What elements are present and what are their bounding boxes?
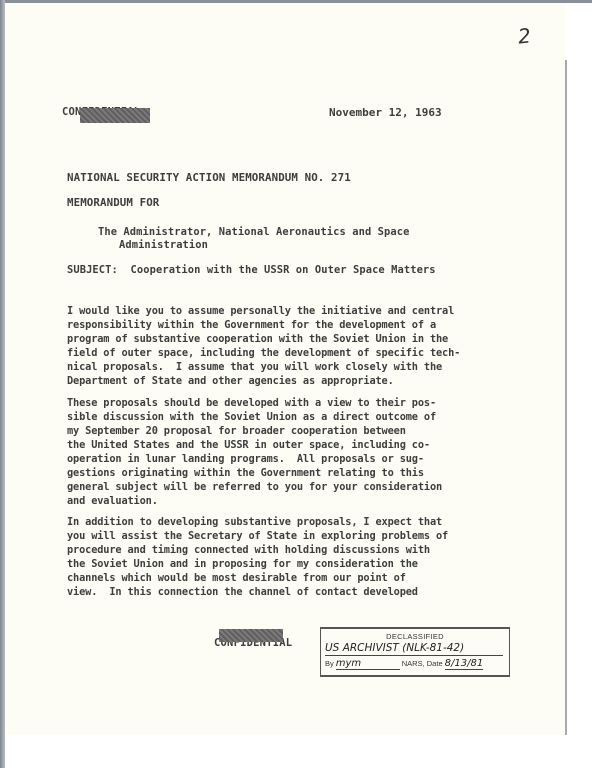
paragraph-line: nical proposals. I assume that you will … (67, 361, 442, 373)
paragraph-line: I would like you to assume personally th… (67, 305, 454, 317)
paragraph-line: general subject will be referred to you … (67, 481, 442, 493)
paragraph-line: the United States and the USSR in outer … (67, 439, 430, 451)
paragraph-line: Department of State and other agencies a… (67, 375, 394, 387)
paragraph-line: In addition to developing substantive pr… (67, 516, 442, 528)
memorandum-for-label: MEMORANDUM FOR (67, 196, 159, 209)
page-edge-shadow (565, 60, 567, 735)
subject-line: SUBJECT: Cooperation with the USSR on Ou… (67, 264, 436, 276)
paragraph-line: responsibility within the Government for… (67, 319, 436, 331)
paragraph-line: sible discussion with the Soviet Union a… (67, 411, 436, 423)
by-label: By (325, 659, 334, 668)
paragraph-line: channels which would be most desirable f… (67, 572, 406, 584)
addressee-line-2: Administration (119, 239, 208, 251)
memo-title: NATIONAL SECURITY ACTION MEMORANDUM NO. … (67, 171, 351, 184)
paragraph-line: operation in lunar landing programs. All… (67, 453, 424, 465)
paragraph-line: field of outer space, including the deve… (67, 347, 460, 359)
addressee-line-1: The Administrator, National Aeronautics … (98, 226, 409, 238)
paragraph-line: gestions originating within the Governme… (67, 467, 424, 479)
declassification-date: 8/13/81 (445, 658, 484, 670)
redaction-block-top (80, 108, 150, 123)
handwritten-page-number: 2 (517, 23, 532, 48)
nars-date-label: NARS, Date (402, 659, 443, 668)
redaction-block-bottom (219, 629, 283, 642)
paragraph-line: procedure and timing connected with hold… (67, 544, 430, 556)
paragraph-line: and evaluation. (67, 495, 158, 507)
paragraph-line: These proposals should be developed with… (67, 397, 436, 409)
paragraph-line: the Soviet Union and in proposing for my… (67, 558, 418, 570)
declassification-authority: US ARCHIVIST (NLK-81-42) (325, 642, 503, 656)
declassification-signature-row: BymymNARS, Date8/13/81 (325, 658, 503, 670)
declassified-label: DECLASSIFIED (321, 632, 509, 641)
memo-date: November 12, 1963 (329, 106, 442, 119)
paragraph-line: view. In this connection the channel of … (67, 586, 418, 598)
by-signature: mym (336, 658, 400, 670)
paragraph-line: my September 20 proposal for broader coo… (67, 425, 406, 437)
paragraph-line: you will assist the Secretary of State i… (67, 530, 448, 542)
paragraph-line: program of substantive cooperation with … (67, 333, 448, 345)
declassification-stamp: DECLASSIFIED US ARCHIVIST (NLK-81-42) By… (320, 627, 510, 677)
